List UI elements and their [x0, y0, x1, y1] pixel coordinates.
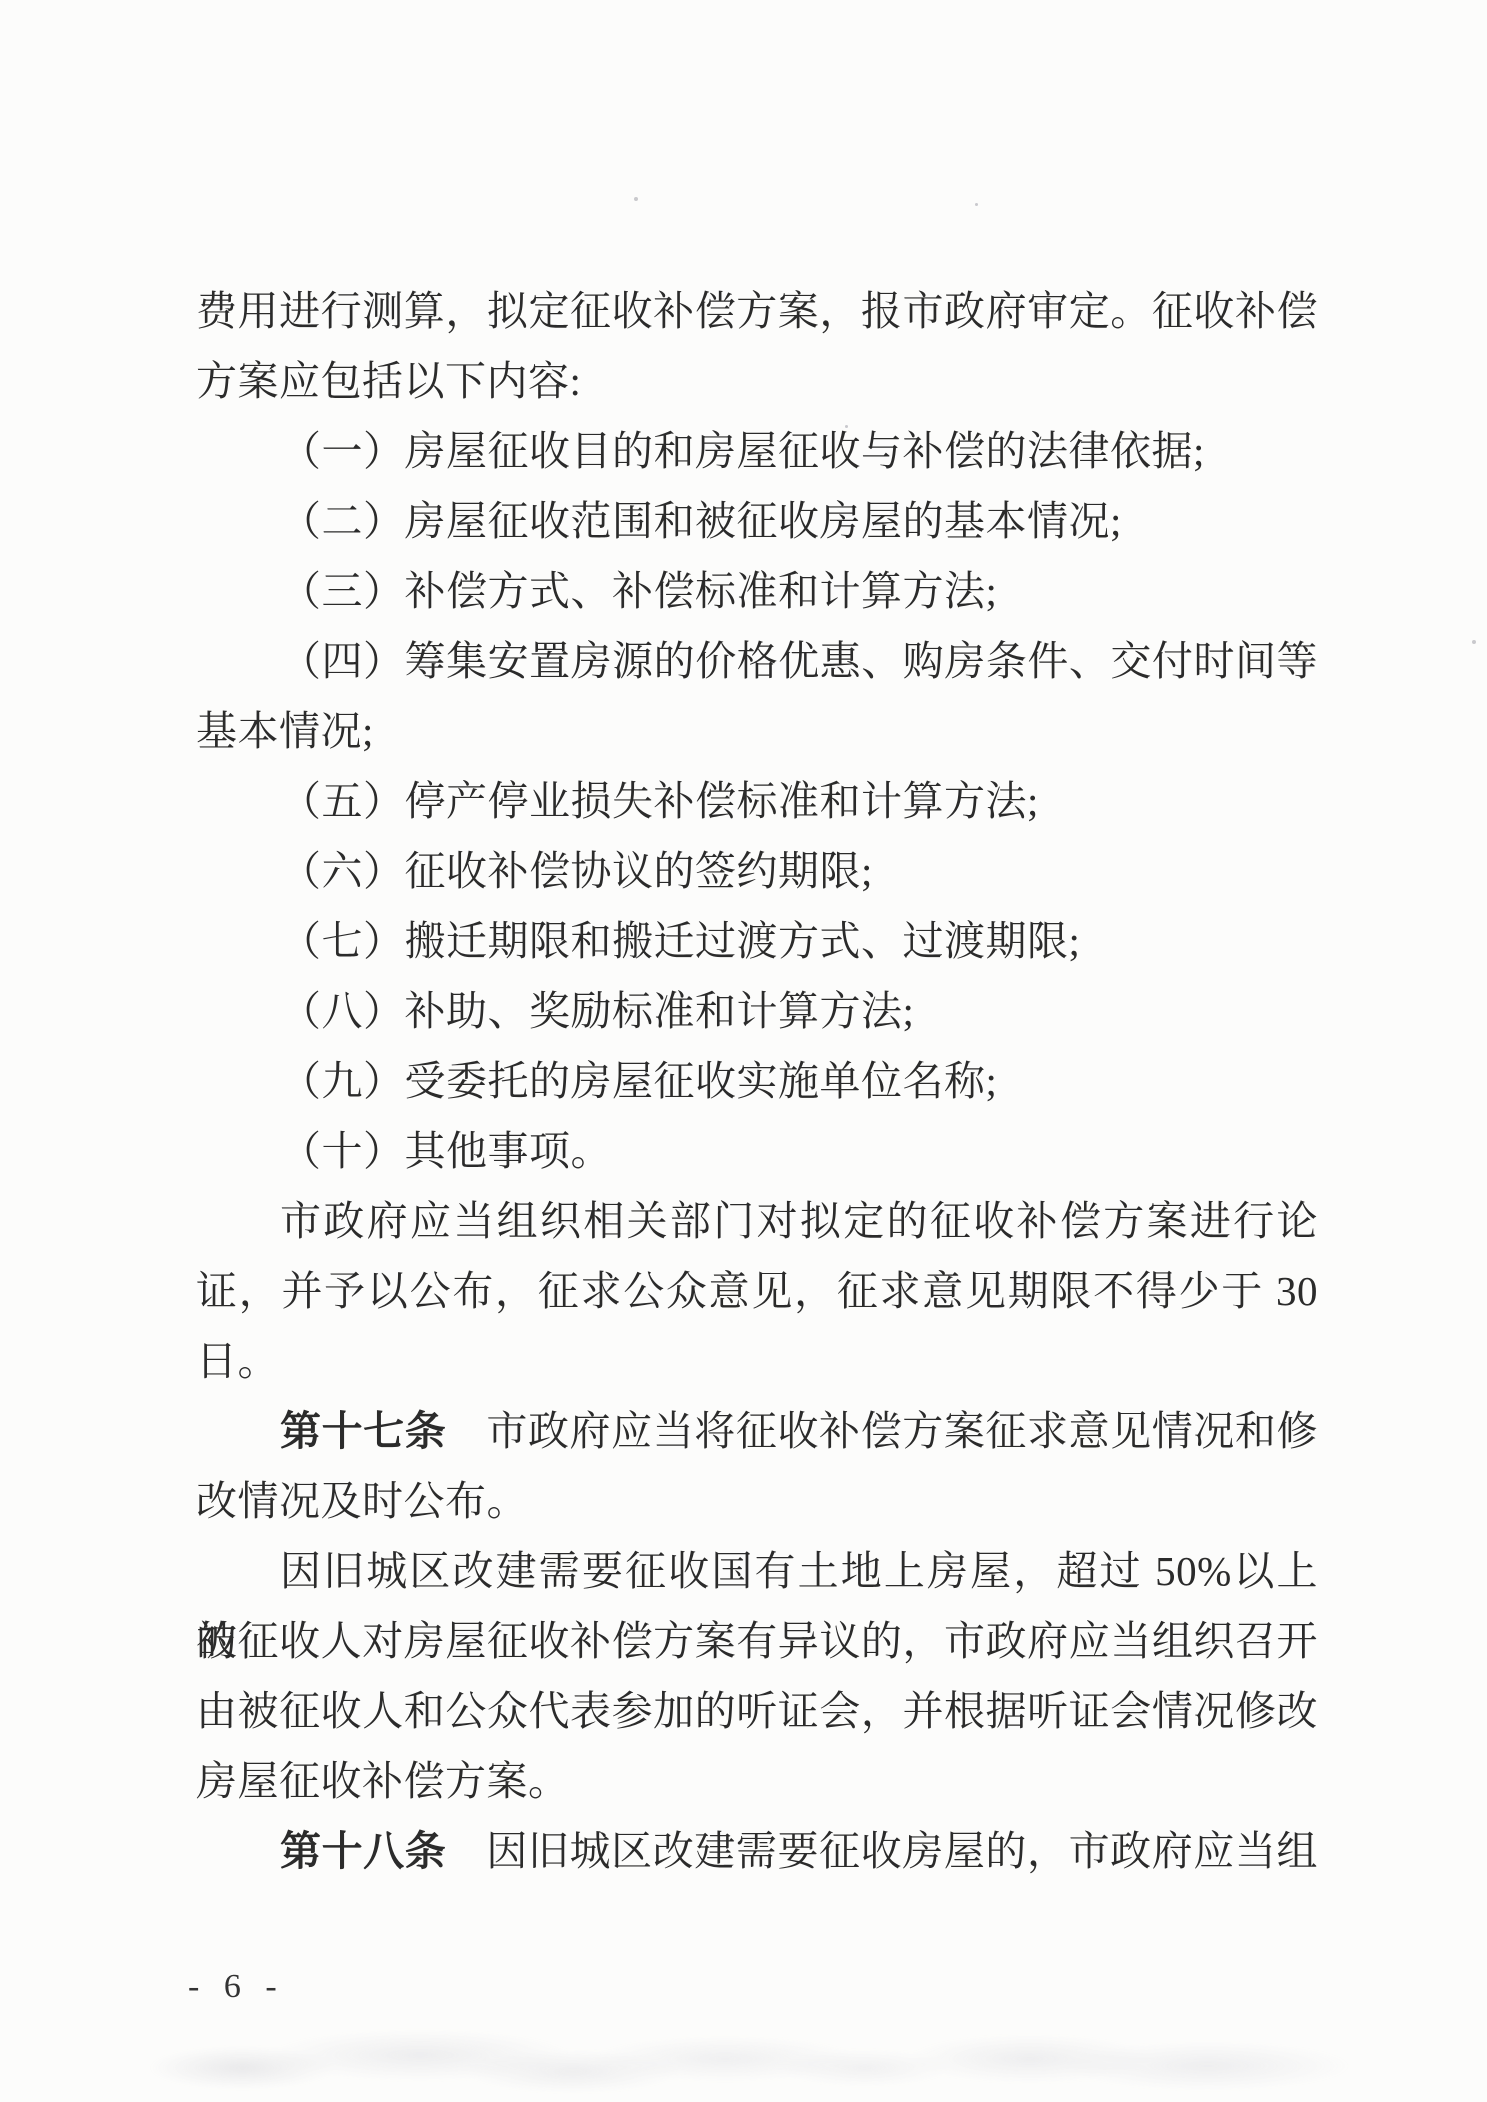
text-run: （五）停产停业损失补偿标准和计算方法; [280, 778, 1039, 824]
text-run: 因旧城区改建需要征收房屋的，市政府应当组 [486, 1828, 1318, 1874]
text-line: （四）筹集安置房源的价格优惠、购房条件、交付时间等 [196, 626, 1318, 696]
text-line: 被征收人对房屋征收补偿方案有异议的，市政府应当组织召开 [196, 1606, 1318, 1676]
text-run: 改情况及时公布。 [196, 1478, 528, 1524]
text-line: 证，并予以公布，征求公众意见，征求意见期限不得少于 30 [196, 1256, 1318, 1326]
text-run: （二）房屋征收范围和被征收房屋的基本情况; [280, 498, 1122, 544]
text-line: 费用进行测算，拟定征收补偿方案，报市政府审定。征收补偿 [196, 276, 1318, 346]
text-line: 改情况及时公布。 [196, 1466, 1318, 1536]
text-run: （六）征收补偿协议的签约期限; [280, 848, 873, 894]
document-text-block: 费用进行测算，拟定征收补偿方案，报市政府审定。征收补偿方案应包括以下内容:（一）… [196, 276, 1318, 1886]
scan-speck [634, 197, 638, 201]
scan-speck [975, 203, 978, 206]
text-line: 方案应包括以下内容: [196, 346, 1318, 416]
text-run: （三）补偿方式、补偿标准和计算方法; [280, 568, 997, 614]
text-run: 日。 [196, 1338, 279, 1384]
text-line: 基本情况; [196, 696, 1318, 766]
text-run: 基本情况; [196, 708, 374, 754]
text-run: 被征收人对房屋征收补偿方案有异议的，市政府应当组织召开 [196, 1618, 1318, 1664]
text-run: （九）受委托的房屋征收实施单位名称; [280, 1058, 997, 1104]
text-line: 房屋征收补偿方案。 [196, 1746, 1318, 1816]
article-number: 第十七条 [280, 1408, 446, 1454]
text-line: （二）房屋征收范围和被征收房屋的基本情况; [196, 486, 1318, 556]
document-page: 费用进行测算，拟定征收补偿方案，报市政府审定。征收补偿方案应包括以下内容:（一）… [0, 0, 1487, 2102]
text-line: （八）补助、奖励标准和计算方法; [196, 976, 1318, 1046]
page-number: - 6 - [188, 1968, 285, 2006]
text-run: （八）补助、奖励标准和计算方法; [280, 988, 914, 1034]
text-run: 市政府应当组织相关部门对拟定的征收补偿方案进行论 [280, 1198, 1318, 1244]
text-line: 市政府应当组织相关部门对拟定的征收补偿方案进行论 [196, 1186, 1318, 1256]
text-run: 方案应包括以下内容: [196, 358, 581, 404]
text-run: （一）房屋征收目的和房屋征收与补偿的法律依据; [280, 428, 1205, 474]
text-line: （六）征收补偿协议的签约期限; [196, 836, 1318, 906]
text-line: （九）受委托的房屋征收实施单位名称; [196, 1046, 1318, 1116]
article-number: 第十八条 [280, 1828, 446, 1874]
text-line: （一）房屋征收目的和房屋征收与补偿的法律依据; [196, 416, 1318, 486]
text-line: （五）停产停业损失补偿标准和计算方法; [196, 766, 1318, 836]
article-heading-line: 第十八条因旧城区改建需要征收房屋的，市政府应当组 [196, 1816, 1318, 1886]
text-run: 证，并予以公布，征求公众意见，征求意见期限不得少于 30 [196, 1268, 1318, 1314]
text-run: 费用进行测算，拟定征收补偿方案，报市政府审定。征收补偿 [196, 288, 1318, 334]
text-run: 市政府应当将征收补偿方案征求意见情况和修 [486, 1408, 1318, 1454]
article-heading-line: 第十七条市政府应当将征收补偿方案征求意见情况和修 [196, 1396, 1318, 1466]
text-run: 房屋征收补偿方案。 [196, 1758, 570, 1804]
text-line: 日。 [196, 1326, 1318, 1396]
scan-speck [1472, 640, 1476, 644]
text-run: （七）搬迁期限和搬迁过渡方式、过渡期限; [280, 918, 1080, 964]
text-line: 由被征收人和公众代表参加的听证会，并根据听证会情况修改 [196, 1676, 1318, 1746]
text-line: （七）搬迁期限和搬迁过渡方式、过渡期限; [196, 906, 1318, 976]
text-line: 因旧城区改建需要征收国有土地上房屋，超过 50%以上的 [196, 1536, 1318, 1606]
text-run: 由被征收人和公众代表参加的听证会，并根据听证会情况修改 [196, 1688, 1318, 1734]
text-line: （十）其他事项。 [196, 1116, 1318, 1186]
scan-smudge-artifact [90, 2012, 1360, 2102]
text-run: （十）其他事项。 [280, 1128, 612, 1174]
text-run: （四）筹集安置房源的价格优惠、购房条件、交付时间等 [280, 638, 1318, 684]
text-line: （三）补偿方式、补偿标准和计算方法; [196, 556, 1318, 626]
